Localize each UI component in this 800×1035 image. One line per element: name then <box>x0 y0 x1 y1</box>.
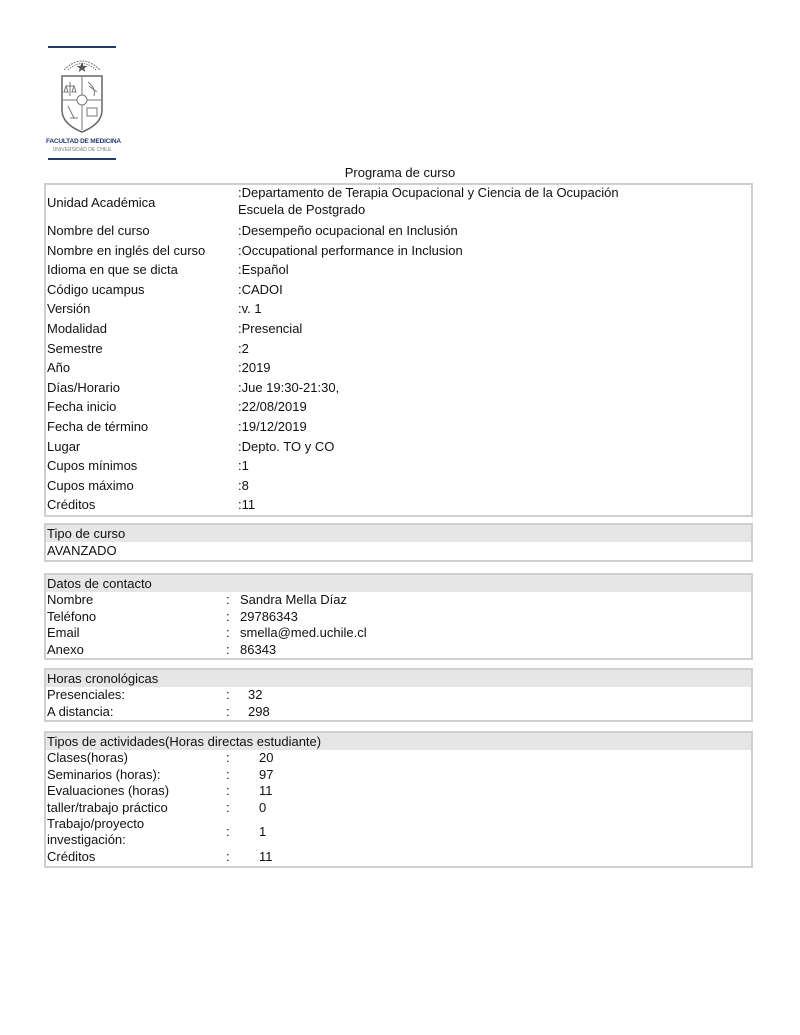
hours-value: 32 <box>248 687 262 704</box>
activity-label: Créditos <box>47 849 95 866</box>
contact-label: Email <box>47 625 80 642</box>
info-value: :22/08/2019 <box>238 397 307 417</box>
activity-label: Evaluaciones (horas) <box>47 783 169 800</box>
hours-label: Presenciales: <box>47 687 125 704</box>
info-row-nombre-curso: Nombre del curso:Desempeño ocupacional e… <box>46 221 751 241</box>
activity-value: 11 <box>259 849 273 866</box>
info-value: :2 <box>238 339 249 359</box>
activity-row-trabajo-proyecto: Trabajo/proyecto investigación::1 <box>46 816 751 849</box>
contact-value: 29786343 <box>240 609 298 626</box>
info-row-semestre: Semestre:2 <box>46 339 751 359</box>
info-label: Fecha inicio <box>47 397 116 417</box>
info-label: Días/Horario <box>47 378 120 398</box>
separator: : <box>226 750 230 767</box>
info-label: Fecha de término <box>47 417 148 437</box>
info-value: :Español <box>238 260 289 280</box>
info-label: Nombre del curso <box>47 221 150 241</box>
faculty-name: FACULTAD DE MEDICINA <box>46 138 118 145</box>
info-value: :Occupational performance in Inclusion <box>238 241 463 261</box>
info-row-nombre-ingles: Nombre en inglés del curso:Occupational … <box>46 241 751 261</box>
activity-label: Trabajo/proyecto investigación: <box>47 816 197 848</box>
activities-header: Tipos de actividades(Horas directas estu… <box>46 733 751 750</box>
info-value: :CADOI <box>238 280 283 300</box>
university-name: UNIVERSIDAD DE CHILE <box>46 147 118 153</box>
info-value: :v. 1 <box>238 299 262 319</box>
info-label: Cupos mínimos <box>47 456 137 476</box>
info-label: Código ucampus <box>47 280 145 300</box>
info-label: Idioma en que se dicta <box>47 260 178 280</box>
activity-label: Seminarios (horas): <box>47 767 160 784</box>
activity-row-clases: Clases(horas):20 <box>46 750 751 767</box>
info-value: :Presencial <box>238 319 302 339</box>
course-type-section: Tipo de curso AVANZADO <box>44 523 753 562</box>
info-label: Versión <box>47 299 90 319</box>
info-row-codigo: Código ucampus:CADOI <box>46 280 751 300</box>
info-row-lugar: Lugar:Depto. TO y CO <box>46 437 751 457</box>
activity-value: 97 <box>259 767 273 784</box>
info-value: :Departamento de Terapia Ocupacional y C… <box>238 184 619 201</box>
contact-value: 86343 <box>240 642 276 659</box>
info-value: :8 <box>238 476 249 496</box>
course-type-header: Tipo de curso <box>46 525 751 542</box>
info-label: Nombre en inglés del curso <box>47 241 205 261</box>
info-value: :2019 <box>238 358 271 378</box>
separator: : <box>226 800 230 817</box>
hours-label: A distancia: <box>47 704 114 721</box>
course-type-row: AVANZADO <box>46 542 751 560</box>
info-value-line2: Escuela de Postgrado <box>238 201 365 218</box>
activity-label: taller/trabajo práctico <box>47 800 168 817</box>
contact-value: Sandra Mella Díaz <box>240 592 347 609</box>
contact-label: Teléfono <box>47 609 96 626</box>
contact-section: Datos de contacto Nombre:Sandra Mella Dí… <box>44 573 753 660</box>
info-row-version: Versión:v. 1 <box>46 299 751 319</box>
activity-label: Clases(horas) <box>47 750 128 767</box>
info-label: Semestre <box>47 339 103 359</box>
info-row-horario: Días/Horario:Jue 19:30-21:30, <box>46 378 751 398</box>
info-row-creditos: Créditos:11 <box>46 495 751 515</box>
activity-row-taller: taller/trabajo práctico:0 <box>46 800 751 817</box>
hours-section: Horas cronológicas Presenciales::32 A di… <box>44 668 753 722</box>
logo-bottom-rule <box>48 158 116 160</box>
university-crest-icon <box>56 52 108 136</box>
separator: : <box>226 783 230 800</box>
info-row-cupos-minimos: Cupos mínimos:1 <box>46 456 751 476</box>
info-label: Créditos <box>47 495 95 515</box>
contact-label: Anexo <box>47 642 84 659</box>
activity-row-evaluaciones: Evaluaciones (horas):11 <box>46 783 751 800</box>
hours-row-presenciales: Presenciales::32 <box>46 687 751 704</box>
info-label: Unidad Académica <box>47 193 155 213</box>
info-label: Modalidad <box>47 319 107 339</box>
separator: : <box>226 824 230 841</box>
info-value: :Jue 19:30-21:30, <box>238 378 339 398</box>
course-info-section: Unidad Académica :Departamento de Terapi… <box>44 183 753 517</box>
info-label: Lugar <box>47 437 80 457</box>
hours-value: 298 <box>248 704 270 721</box>
separator: : <box>226 687 230 704</box>
info-row-fecha-termino: Fecha de término:19/12/2019 <box>46 417 751 437</box>
contact-row-email: Email:smella@med.uchile.cl <box>46 625 751 642</box>
info-row-idioma: Idioma en que se dicta:Español <box>46 260 751 280</box>
contact-email[interactable]: smella@med.uchile.cl <box>240 625 367 642</box>
contact-label: Nombre <box>47 592 93 609</box>
info-row-fecha-inicio: Fecha inicio:22/08/2019 <box>46 397 751 417</box>
info-row-unidad-academica: Unidad Académica :Departamento de Terapi… <box>46 185 751 221</box>
separator: : <box>226 609 230 626</box>
activity-value: 11 <box>259 783 273 800</box>
info-row-cupos-maximo: Cupos máximo:8 <box>46 476 751 496</box>
activity-row-seminarios: Seminarios (horas)::97 <box>46 767 751 784</box>
info-row-modalidad: Modalidad:Presencial <box>46 319 751 339</box>
contact-row-telefono: Teléfono:29786343 <box>46 609 751 626</box>
hours-row-distancia: A distancia::298 <box>46 704 751 721</box>
course-type-value: AVANZADO <box>47 542 117 560</box>
faculty-logo: FACULTAD DE MEDICINA UNIVERSIDAD DE CHIL… <box>46 46 118 162</box>
logo-top-rule <box>48 46 116 48</box>
hours-header: Horas cronológicas <box>46 670 751 687</box>
contact-row-anexo: Anexo:86343 <box>46 642 751 659</box>
info-value: :1 <box>238 456 249 476</box>
separator: : <box>226 592 230 609</box>
info-row-anio: Año:2019 <box>46 358 751 378</box>
activity-value: 0 <box>259 800 266 817</box>
separator: : <box>226 849 230 866</box>
activity-row-creditos: Créditos:11 <box>46 849 751 866</box>
info-value: :19/12/2019 <box>238 417 307 437</box>
document-title: Programa de curso <box>0 165 800 180</box>
info-value: :Depto. TO y CO <box>238 437 334 457</box>
separator: : <box>226 642 230 659</box>
info-label: Cupos máximo <box>47 476 134 496</box>
separator: : <box>226 767 230 784</box>
info-value: :11 <box>238 495 255 515</box>
contact-row-nombre: Nombre:Sandra Mella Díaz <box>46 592 751 609</box>
activities-section: Tipos de actividades(Horas directas estu… <box>44 731 753 868</box>
activity-value: 20 <box>259 750 273 767</box>
info-value: :Desempeño ocupacional en Inclusión <box>238 221 458 241</box>
contact-header: Datos de contacto <box>46 575 751 592</box>
activity-value: 1 <box>259 824 266 841</box>
info-label: Año <box>47 358 70 378</box>
separator: : <box>226 625 230 642</box>
separator: : <box>226 704 230 721</box>
